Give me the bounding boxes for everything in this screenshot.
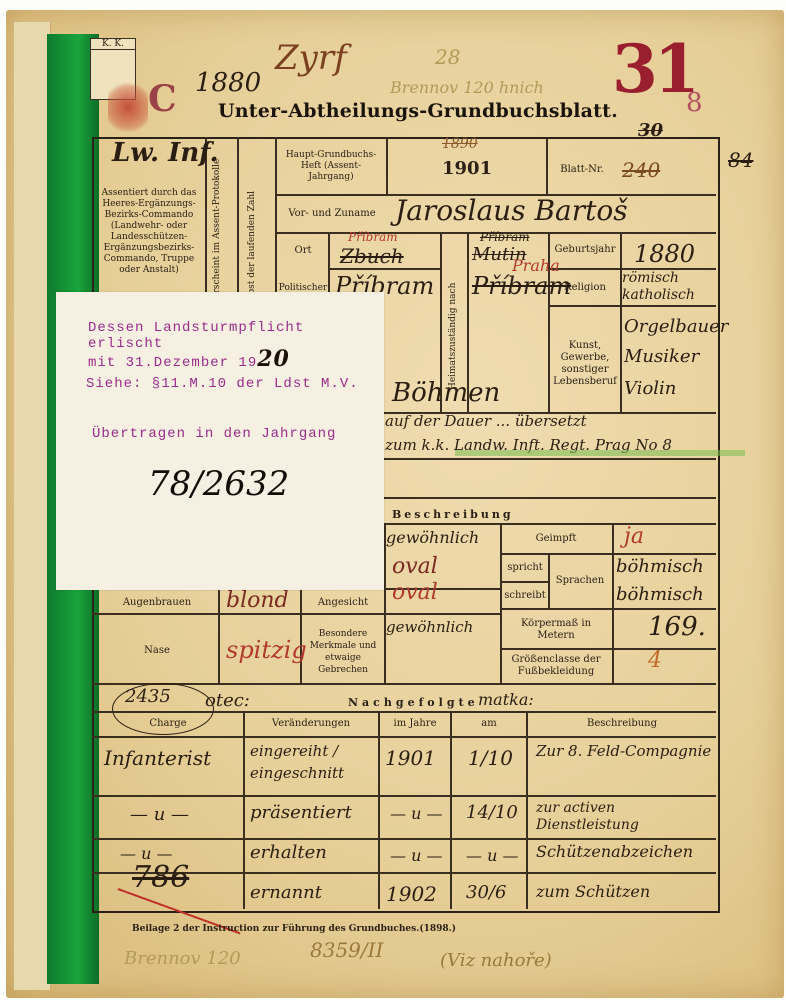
- haupt-grundbuch-label: Haupt-Grundbuchs-Heft (Assent-Jahrgang): [280, 150, 382, 183]
- geimpft-label: Geimpft: [500, 533, 612, 545]
- divider: [500, 523, 502, 683]
- divider: [548, 305, 716, 307]
- vertical-label-laufende-zahl: Post der laufenden Zahl: [247, 190, 257, 300]
- footer-pencil-3: (Viz nahoře): [440, 950, 552, 971]
- assentiert-label: Assentiert durch das Heeres-Ergänzungs-B…: [96, 188, 202, 276]
- spricht-label: spricht: [502, 562, 548, 574]
- sticker-line-3: Siehe: §11.M.10 der Ldst M.V.: [86, 376, 359, 392]
- desc-value-3: oval: [392, 580, 438, 605]
- divider: [526, 711, 528, 909]
- row3-year: — u —: [390, 846, 442, 865]
- sticker-line-4: Übertragen in den Jahrgang: [92, 426, 336, 442]
- divider: [500, 581, 548, 583]
- row1-charge: Infanterist: [104, 746, 211, 770]
- row1-year: 1901: [385, 746, 436, 770]
- sticker-year-hand: 20: [257, 346, 290, 372]
- religion-label: Religion: [550, 282, 620, 294]
- transfer-line-1: auf der Dauer ... übersetzt: [385, 412, 587, 430]
- small-box-label: K. K.: [91, 39, 135, 50]
- sticker-number: 78/2632: [148, 464, 289, 504]
- binding-spine: [14, 22, 51, 990]
- pasted-sticker: Dessen Landsturmpflicht erlischt mit 31.…: [56, 292, 384, 590]
- divider: [92, 795, 716, 797]
- heimat-label: Heimatszuständig nach: [448, 260, 458, 390]
- desc-value-1: gewöhnlich: [386, 528, 479, 547]
- green-highlight: [455, 450, 745, 456]
- history-header: Nachgefolgte: [348, 696, 479, 709]
- ort-value-struck: Zbuch: [340, 244, 404, 268]
- divider: [92, 613, 500, 615]
- row4-change: ernannt: [250, 882, 322, 903]
- divider: [450, 711, 452, 909]
- red-smudge: [108, 80, 148, 135]
- schreibt-label: schreibt: [502, 590, 548, 602]
- row2-desc: zur activen Dienstleistung: [536, 800, 714, 834]
- history-prefix-hand: otec:: [205, 690, 250, 711]
- beruf-value-1: Orgelbauer: [624, 316, 728, 337]
- beruf-value-2: Musiker: [624, 346, 699, 367]
- divider: [378, 711, 380, 909]
- geimpft-value: ja: [624, 524, 644, 549]
- divider: [384, 523, 386, 683]
- fussbekleidung-value: 4: [648, 648, 662, 673]
- divider: [386, 137, 388, 194]
- row1-day: 1/10: [468, 746, 513, 770]
- row4-year: 1902: [386, 882, 437, 906]
- desc-value-2: oval: [392, 554, 438, 579]
- col-im-jahre: im Jahre: [380, 718, 450, 730]
- divider: [218, 588, 220, 683]
- year-handwritten: 1880: [195, 68, 261, 98]
- row1-change: eingereiht / eingeschnitt: [250, 740, 376, 784]
- fussbekleidung-label: Größenclasse der Fußbekleidung: [506, 654, 606, 678]
- divider: [500, 608, 716, 610]
- divider: [500, 553, 716, 555]
- stamp-letter: C: [148, 78, 177, 120]
- row4-desc: zum Schützen: [536, 882, 650, 901]
- divider: [620, 232, 622, 412]
- koerpermass-value: 169.: [648, 612, 706, 642]
- blatt-nr-label: Blatt-Nr.: [550, 164, 614, 176]
- sticker-line-2: mit 31.Dezember 1920: [88, 346, 290, 372]
- haupt-old-year: 1890: [442, 136, 478, 152]
- sticker-line-2-prefix: mit 31.Dezember 19: [88, 355, 257, 371]
- unit-handwritten: Lw. Inf.: [112, 138, 219, 168]
- divider: [328, 268, 440, 270]
- row4-day: 30/6: [466, 882, 506, 903]
- augenbrauen-value: blond: [226, 588, 289, 613]
- document-title: Unter-Abtheilungs-Grundbuchsblatt.: [218, 100, 618, 122]
- big-red-stamp-number: 31: [612, 30, 696, 108]
- row2-change: präsentiert: [250, 802, 352, 823]
- row2-charge: — u —: [130, 804, 189, 825]
- row2-day: 14/10: [466, 802, 518, 823]
- row3-day: — u —: [466, 846, 518, 865]
- geburtsjahr-value: 1880: [634, 240, 695, 268]
- divider: [92, 838, 716, 840]
- vertical-label-assent-protokolle: Erscheint im Assent-Protokolle: [212, 170, 222, 300]
- merkmale-label: Besondere Merkmale und etwaige Gebrechen: [302, 628, 384, 676]
- big-red-stamp-sub: 8: [686, 88, 703, 118]
- beschreibung-header: Beschreibung: [392, 508, 514, 521]
- divider: [243, 711, 245, 909]
- col-am: am: [452, 718, 526, 730]
- beruf-label: Kunst, Gewerbe, sonstiger Lebensberuf: [552, 340, 618, 388]
- ort-value-2-above: Příbram: [480, 230, 530, 244]
- divider: [92, 683, 716, 685]
- row1-desc: Zur 8. Feld-Compagnie: [536, 742, 714, 760]
- beruf-value-3: Violin: [624, 378, 676, 399]
- angesicht-label: Angesicht: [302, 597, 384, 609]
- divider: [612, 523, 614, 683]
- koerpermass-label: Körpermaß in Metern: [510, 618, 602, 642]
- blatt-nr-value: 240: [622, 158, 660, 182]
- religion-value: römisch katholisch: [622, 270, 716, 304]
- divider: [546, 137, 548, 194]
- pencil-28: 28: [435, 45, 460, 69]
- divider: [92, 736, 716, 738]
- nase-value: spitzig: [226, 636, 307, 664]
- desc-value-4: gewöhnlich: [386, 618, 473, 636]
- footer-pencil-1: Brennov 120: [124, 948, 241, 969]
- margin-note-84: 84: [728, 148, 753, 172]
- spricht-value: böhmisch: [616, 556, 704, 577]
- sprachen-label: Sprachen: [548, 575, 612, 587]
- ort-value-red: Příbram: [348, 230, 398, 244]
- haupt-year-value: 1901: [442, 158, 492, 179]
- divider: [500, 648, 716, 650]
- name-value: Jaroslaus Bartoš: [395, 194, 628, 227]
- col-veraenderungen: Veränderungen: [244, 718, 378, 730]
- row4-charge: 786: [132, 860, 189, 895]
- geburtsjahr-label: Geburtsjahr: [550, 244, 620, 256]
- footer-pencil-2: 8359/II: [310, 938, 383, 962]
- ort-label: Ort: [278, 245, 328, 257]
- name-label: Vor- und Zuname: [278, 208, 386, 220]
- col-charge: Charge: [94, 718, 242, 730]
- pencil-note-top: Brennov 120 hnich: [390, 78, 544, 97]
- history-header-hand: matka:: [478, 690, 534, 709]
- row2-year: — u —: [390, 804, 442, 823]
- col-beschreibung: Beschreibung: [528, 718, 716, 730]
- row3-change: erhalten: [250, 842, 327, 863]
- initials-handwritten: Zyrf: [275, 38, 347, 78]
- schreibt-value: böhmisch: [616, 584, 704, 605]
- divider: [92, 711, 716, 713]
- nase-label: Nase: [98, 645, 216, 657]
- circled-number: 2435: [125, 686, 171, 707]
- land-value: Böhmen: [392, 378, 500, 408]
- augenbrauen-label: Augenbrauen: [98, 597, 216, 609]
- printed-footer-note: Beilage 2 der Instruction zur Führung de…: [132, 924, 456, 934]
- row3-desc: Schützenabzeichen: [536, 842, 693, 861]
